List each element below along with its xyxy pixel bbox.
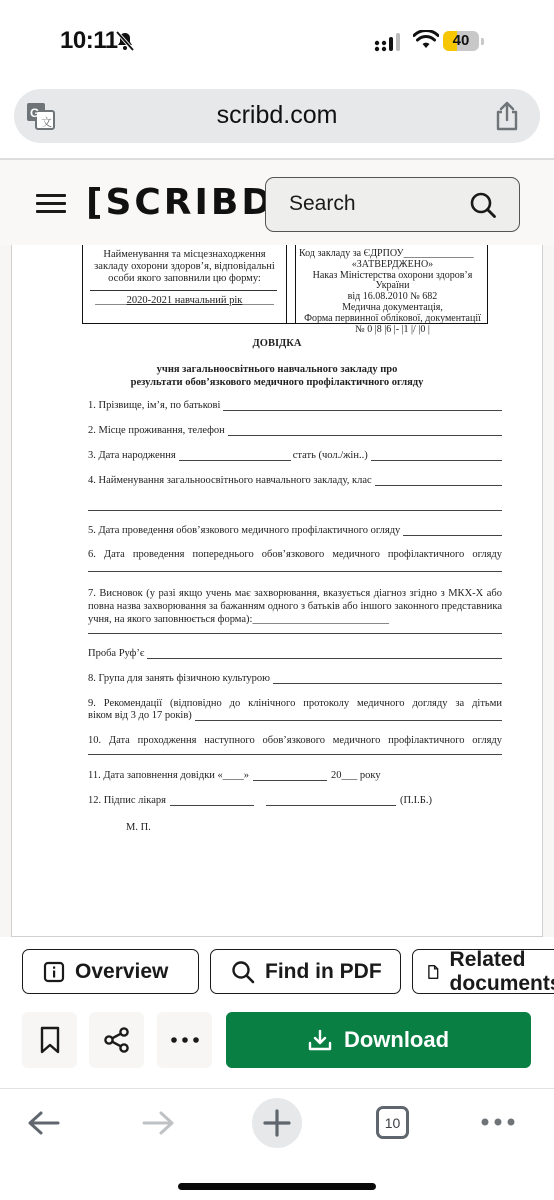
overview-label: Overview bbox=[75, 960, 168, 984]
field-label: 7. Висновок (у разі якщо учень має захво… bbox=[88, 588, 502, 625]
field-label: віком від 3 до 17 років) bbox=[88, 710, 192, 721]
document-header-table: Найменування та місцезнаходження закладу… bbox=[82, 245, 488, 324]
bell-slash-icon bbox=[114, 30, 136, 52]
approved-label: «ЗАТВЕРДЖЕНО» bbox=[296, 260, 489, 271]
download-button[interactable]: Download bbox=[226, 1012, 531, 1068]
field-label: 3. Дата народження bbox=[88, 450, 176, 461]
field-label: 20___ року bbox=[331, 770, 381, 781]
field-label: Проба Руф’є bbox=[88, 648, 144, 659]
form-field-school: 4. Найменування загальноосвітнього навча… bbox=[88, 475, 502, 486]
download-label: Download bbox=[344, 1027, 449, 1053]
related-documents-button[interactable]: Related documents bbox=[412, 949, 554, 994]
subtitle-line: результати обов’язкового медичного профі… bbox=[12, 377, 542, 390]
tab-switcher-button[interactable]: 10 bbox=[376, 1106, 409, 1139]
document-icon bbox=[427, 960, 440, 984]
blank-line bbox=[88, 510, 502, 511]
field-label: 11. Дата заповнення довідки «____» bbox=[88, 770, 249, 781]
header-right-line: Форма первинної облікової, документації bbox=[296, 314, 489, 325]
form-field-pe-group: 8. Група для занять фізичною культурою bbox=[88, 673, 502, 684]
address-bar[interactable]: G 文 scribd.com bbox=[14, 89, 540, 143]
blank-line bbox=[88, 571, 502, 572]
form-field-exam-date: 5. Дата проведення обов’язкового медично… bbox=[88, 525, 502, 536]
info-icon bbox=[43, 961, 65, 983]
blank-line bbox=[403, 526, 502, 536]
home-indicator bbox=[178, 1183, 376, 1190]
form-field-recommendations-cont: віком від 3 до 17 років) bbox=[88, 710, 502, 721]
academic-year-text: 2020-2021 навчальний рік bbox=[127, 295, 243, 306]
blank-line bbox=[90, 290, 277, 291]
battery-indicator: 40 bbox=[443, 31, 479, 51]
form-field-conclusion: 7. Висновок (у разі якщо учень має захво… bbox=[88, 587, 502, 626]
stamp-label: М. П. bbox=[126, 821, 151, 834]
share-nodes-icon bbox=[103, 1026, 131, 1054]
more-options-button[interactable] bbox=[157, 1012, 212, 1068]
scribd-logo[interactable]: [SCRIBD] bbox=[86, 182, 294, 223]
field-label: 4. Найменування загальноосвітнього навча… bbox=[88, 475, 372, 486]
form-field-ruffier: Проба Руф’є bbox=[88, 648, 502, 659]
document-page: Найменування та місцезнаходження закладу… bbox=[11, 245, 543, 937]
find-in-pdf-label: Find in PDF bbox=[265, 960, 382, 984]
bookmark-button[interactable] bbox=[22, 1012, 77, 1068]
header-left-line: особи якого заповнили цю форму: bbox=[83, 273, 286, 285]
form-field-next-exam: 10. Дата проходження наступного обов’язк… bbox=[88, 734, 502, 747]
field-label: стать (чол./жін..) bbox=[293, 450, 368, 461]
subtitle-line: учня загальноосвітнього навчального закл… bbox=[12, 364, 542, 377]
form-field-name: 1. Прізвище, ім’я, по батькові bbox=[88, 400, 502, 411]
related-label: Related documents bbox=[450, 948, 554, 996]
share-button[interactable] bbox=[89, 1012, 144, 1068]
browser-toolbar: 10 bbox=[0, 1088, 554, 1200]
wifi-icon bbox=[413, 30, 439, 50]
form-field-doctor-signature: 12. Підпис лікаря(П.І.Б.) bbox=[88, 795, 432, 806]
header-left-cell: Найменування та місцезнаходження закладу… bbox=[83, 245, 287, 323]
field-label: 5. Дата проведення обов’язкового медично… bbox=[88, 525, 400, 536]
overview-button[interactable]: Overview bbox=[22, 949, 199, 994]
header-left-line: Найменування та місцезнаходження bbox=[83, 249, 286, 261]
form-field-fill-date: 11. Дата заповнення довідки «____»20___ … bbox=[88, 770, 381, 781]
document-action-bar: Overview Find in PDF Related documents bbox=[0, 937, 554, 1087]
site-header: [SCRIBD] Search bbox=[0, 160, 554, 245]
search-input[interactable]: Search bbox=[265, 177, 520, 232]
form-number: № 0 |8 |6 |- |1 |/ |0 | bbox=[296, 325, 489, 336]
document-title: ДОВІДКА bbox=[12, 338, 542, 349]
form-field-previous-exam: 6. Дата проведення попереднього обов’язк… bbox=[88, 548, 502, 561]
academic-year: ______2020-2021 навчальний рік______ bbox=[83, 295, 286, 307]
document-viewer[interactable]: Найменування та місцезнаходження закладу… bbox=[0, 245, 554, 937]
blank-line bbox=[228, 426, 502, 436]
url-text[interactable]: scribd.com bbox=[14, 101, 540, 130]
form-field-birthdate: 3. Дата народженнястать (чол./жін..) bbox=[88, 450, 502, 461]
more-horizontal-icon[interactable] bbox=[480, 1117, 516, 1127]
blank-line bbox=[253, 771, 327, 781]
header-left-line: закладу охорони здоров’я, відповідальні bbox=[83, 261, 286, 273]
cellular-signal-icon bbox=[374, 32, 404, 52]
battery-tip bbox=[481, 38, 484, 45]
blank-line bbox=[170, 796, 254, 806]
share-icon[interactable] bbox=[494, 101, 520, 131]
more-horizontal-icon bbox=[170, 1036, 200, 1044]
arrow-left-icon[interactable] bbox=[26, 1109, 62, 1137]
field-label: 2. Місце проживання, телефон bbox=[88, 425, 225, 436]
status-bar: 10:11 40 bbox=[0, 0, 554, 80]
plus-icon bbox=[263, 1109, 291, 1137]
search-placeholder: Search bbox=[289, 192, 356, 216]
blank-line bbox=[266, 796, 396, 806]
blank-line bbox=[375, 476, 502, 486]
arrow-right-icon[interactable] bbox=[140, 1109, 176, 1137]
header-right-cell: Код закладу за ЄДРПОУ______________ «ЗАТ… bbox=[295, 245, 489, 323]
field-label: (П.І.Б.) bbox=[400, 795, 432, 806]
download-icon bbox=[308, 1029, 332, 1051]
form-field-address: 2. Місце проживання, телефон bbox=[88, 425, 502, 436]
search-icon bbox=[231, 960, 255, 984]
blank-line bbox=[147, 649, 502, 659]
search-icon[interactable] bbox=[469, 191, 497, 219]
blank-line bbox=[88, 633, 502, 634]
find-in-pdf-button[interactable]: Find in PDF bbox=[210, 949, 401, 994]
field-label: 1. Прізвище, ім’я, по батькові bbox=[88, 400, 220, 411]
blank-line bbox=[88, 754, 502, 755]
blank-line bbox=[371, 451, 502, 461]
battery-level: 40 bbox=[443, 32, 479, 49]
blank-line bbox=[223, 401, 502, 411]
document-subtitle: учня загальноосвітнього навчального закл… bbox=[12, 364, 542, 389]
blank-line bbox=[179, 451, 291, 461]
field-label: 12. Підпис лікаря bbox=[88, 795, 166, 806]
blank-line bbox=[273, 674, 502, 684]
hamburger-menu-icon[interactable] bbox=[36, 194, 66, 214]
blank-line bbox=[195, 711, 502, 721]
header-right-line: Наказ Міністерства охорони здоров’я Укра… bbox=[296, 271, 489, 293]
bookmark-icon bbox=[39, 1026, 61, 1054]
field-label: 8. Група для занять фізичною культурою bbox=[88, 673, 270, 684]
form-field-recommendations: 9. Рекомендації (відповідно до клінічног… bbox=[88, 697, 502, 710]
status-time: 10:11 bbox=[60, 27, 118, 55]
new-tab-button[interactable] bbox=[252, 1098, 302, 1148]
edrpou-label: Код закладу за ЄДРПОУ bbox=[299, 248, 404, 259]
